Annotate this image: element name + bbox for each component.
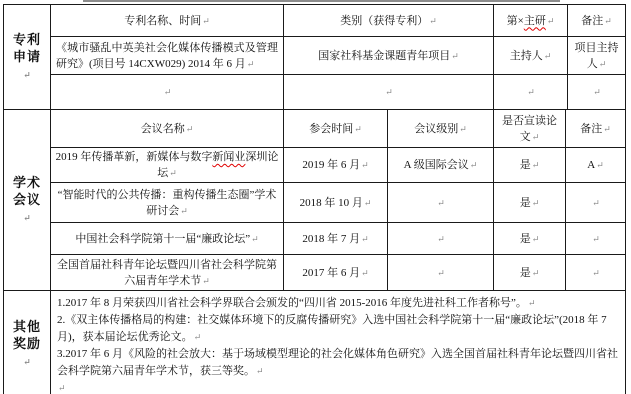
paragraph-mark: ↵ bbox=[364, 198, 372, 208]
paragraph-mark: ↵ bbox=[361, 160, 369, 170]
empty-cell: ↵ bbox=[51, 75, 284, 110]
conference-read-cell: 是↵ bbox=[494, 148, 566, 183]
cell-text: 中国社会科学院第十一届“廉政论坛” bbox=[75, 233, 250, 245]
cell-text: 项目主持人 bbox=[575, 42, 619, 70]
conference-name-cell: “智能时代的公共传播：重构传播生态圈”学术研讨会↵ bbox=[51, 183, 284, 223]
conference-header-note: 备注↵↵ bbox=[566, 110, 626, 148]
paragraph-mark: ↵ bbox=[186, 124, 194, 134]
cell-text: 主持人 bbox=[510, 50, 543, 62]
header-text: 备注 bbox=[581, 15, 603, 27]
award-item-text: 3.2017 年 6 月《风险的社会放大：基于场域模型理论的社会化媒体角色研究》… bbox=[57, 348, 618, 377]
paragraph-mark: ↵ bbox=[596, 160, 604, 170]
paragraph-mark: ↵ bbox=[202, 16, 210, 26]
conference-header-row: 学术会议↵ 会议名称↵ 参会时间↵ 会议级别↵ 是否宣读论文↵ 备注↵↵ bbox=[4, 110, 626, 148]
cell-text: 2017 年 6 月 bbox=[302, 267, 360, 279]
empty-paragraph: ↵ bbox=[57, 380, 619, 394]
conference-level-cell: ↵ bbox=[388, 255, 494, 291]
conference-header-level: 会议级别↵ bbox=[388, 110, 494, 148]
conference-section-label-text: 学术会议 bbox=[13, 175, 41, 207]
paragraph-mark: ↵ bbox=[361, 234, 369, 244]
awards-section-label: 其他奖励↵ bbox=[4, 291, 51, 394]
conference-time-cell: 2018 年 10 月↵ bbox=[284, 183, 388, 223]
header-text: 会议级别 bbox=[414, 123, 458, 135]
cell-text: 2019 年 6 月 bbox=[302, 159, 360, 171]
paragraph-mark: ↵ bbox=[256, 366, 264, 376]
cell-text: A bbox=[587, 159, 595, 171]
patent-note-cell: 项目主持人↵↵ bbox=[568, 37, 626, 75]
paragraph-mark: ↵ bbox=[459, 124, 467, 134]
conference-name-cell: 2019 年传播革新，新媒体与数字新闻业深圳论坛↵ bbox=[51, 148, 284, 183]
paragraph-mark: ↵ bbox=[532, 198, 540, 208]
header-text: 会议名称 bbox=[141, 123, 185, 135]
conference-row: 2019 年传播革新，新媒体与数字新闻业深圳论坛↵ 2019 年 6 月↵ A … bbox=[4, 148, 626, 183]
paragraph-mark: ↵ bbox=[194, 332, 202, 342]
cell-text: 是 bbox=[520, 267, 531, 279]
patent-header-role: 第×主研↵ bbox=[494, 5, 568, 37]
paragraph-mark: ↵ bbox=[164, 87, 172, 97]
conference-section-table: 学术会议↵ 会议名称↵ 参会时间↵ 会议级别↵ 是否宣读论文↵ 备注↵↵ 201… bbox=[3, 109, 626, 291]
spellcheck-flagged-text: 新闻业 bbox=[212, 151, 245, 163]
conference-row: 中国社会科学院第十一届“廉政论坛”↵ 2018 年 7 月↵ ↵ 是↵ ↵↵ bbox=[4, 223, 626, 255]
awards-content-cell: 1.2017 年 8 月荣获四川省社会科学界联合会颁发的“四川省 2015-20… bbox=[51, 291, 626, 394]
header-text: 专利名称、时间 bbox=[124, 15, 201, 27]
cell-text: 2019 年传播革新，新媒体与数字 bbox=[56, 151, 213, 163]
paragraph-mark: ↵ bbox=[385, 87, 393, 97]
conference-level-cell: ↵ bbox=[388, 223, 494, 255]
paragraph-mark: ↵ bbox=[528, 298, 536, 308]
header-text: 是否宣读论文 bbox=[502, 115, 557, 143]
conference-row: 全国首届社科青年论坛暨四川省社会科学院第六届青年学术节↵ 2017 年 6 月↵… bbox=[4, 255, 626, 291]
paragraph-mark: ↵ bbox=[527, 87, 535, 97]
paragraph-mark: ↵ bbox=[202, 276, 210, 286]
conference-header-read: 是否宣读论文↵ bbox=[494, 110, 566, 148]
cell-text: 是 bbox=[520, 233, 531, 245]
paragraph-mark: ↵ bbox=[532, 132, 540, 142]
paragraph-mark: ↵ bbox=[247, 59, 255, 69]
cell-text: A 级国际会议 bbox=[404, 159, 469, 171]
header-text: 第× bbox=[507, 15, 524, 27]
paragraph-mark: ↵ bbox=[180, 206, 188, 216]
paragraph-mark: ↵ bbox=[23, 70, 32, 80]
conference-header-name: 会议名称↵ bbox=[51, 110, 284, 148]
paragraph-mark: ↵ bbox=[169, 168, 177, 178]
paragraph-mark: ↵ bbox=[593, 87, 601, 97]
word-document-page: 专利申请↵ 专利名称、时间↵ 类别（获得专利）↵ 第×主研↵ 备注↵↵ 《城市骚… bbox=[0, 0, 631, 394]
conference-note-cell: A↵↵ bbox=[566, 148, 626, 183]
conference-row: “智能时代的公共传播：重构传播生态圈”学术研讨会↵ 2018 年 10 月↵ ↵… bbox=[4, 183, 626, 223]
paragraph-mark: ↵ bbox=[361, 268, 369, 278]
conference-time-cell: 2017 年 6 月↵ bbox=[284, 255, 388, 291]
cell-text: 是 bbox=[520, 197, 531, 209]
paragraph-mark: ↵ bbox=[532, 234, 540, 244]
cell-text: “智能时代的公共传播：重构传播生态圈”学术研讨会 bbox=[58, 189, 277, 217]
patent-header-note: 备注↵↵ bbox=[568, 5, 626, 37]
paragraph-mark: ↵ bbox=[592, 198, 600, 208]
patent-empty-row: ↵ ↵ ↵ ↵↵ bbox=[4, 75, 626, 110]
patent-data-row: 《城市骚乱中英美社会化媒体传播模式及管理研究》(项目号 14CXW029) 20… bbox=[4, 37, 626, 75]
award-item-text: 1.2017 年 8 月荣获四川省社会科学界联合会颁发的“四川省 2015-20… bbox=[57, 297, 527, 309]
paragraph-mark: ↵ bbox=[532, 268, 540, 278]
awards-section-label-text: 其他奖励 bbox=[13, 319, 41, 351]
conference-name-cell: 全国首届社科青年论坛暨四川省社会科学院第六届青年学术节↵ bbox=[51, 255, 284, 291]
patent-section-table: 专利申请↵ 专利名称、时间↵ 类别（获得专利）↵ 第×主研↵ 备注↵↵ 《城市骚… bbox=[3, 4, 626, 110]
paragraph-mark: ↵ bbox=[603, 124, 611, 134]
paragraph-mark: ↵ bbox=[592, 268, 600, 278]
paragraph-mark: ↵ bbox=[429, 16, 437, 26]
patent-header-category: 类别（获得专利）↵ bbox=[284, 5, 494, 37]
toolbar-edge-strip bbox=[83, 0, 560, 2]
patent-section-label-text: 专利申请 bbox=[13, 32, 41, 64]
empty-cell: ↵↵ bbox=[568, 75, 626, 110]
patent-category-cell: 国家社科基金课题青年项目↵ bbox=[284, 37, 494, 75]
resume-table: 专利申请↵ 专利名称、时间↵ 类别（获得专利）↵ 第×主研↵ 备注↵↵ 《城市骚… bbox=[3, 5, 625, 394]
patent-name-text: 《城市骚乱中英美社会化媒体传播模式及管理研究》(项目号 14CXW029) 20… bbox=[56, 42, 278, 70]
paragraph-mark: ↵ bbox=[437, 268, 445, 278]
conference-name-cell: 中国社会科学院第十一届“廉政论坛”↵ bbox=[51, 223, 284, 255]
awards-row: 其他奖励↵ 1.2017 年 8 月荣获四川省社会科学界联合会颁发的“四川省 2… bbox=[4, 291, 626, 394]
paragraph-mark: ↵ bbox=[437, 198, 445, 208]
conference-level-cell: A 级国际会议↵ bbox=[388, 148, 494, 183]
paragraph-mark: ↵ bbox=[532, 160, 540, 170]
paragraph-mark: ↵ bbox=[470, 160, 478, 170]
cell-text: 2018 年 10 月 bbox=[300, 197, 363, 209]
patent-role-cell: 主持人↵ bbox=[494, 37, 568, 75]
conference-read-cell: 是↵ bbox=[494, 183, 566, 223]
conference-time-cell: 2018 年 7 月↵ bbox=[284, 223, 388, 255]
header-text: 备注 bbox=[580, 123, 602, 135]
conference-note-cell: ↵↵ bbox=[566, 223, 626, 255]
paragraph-mark: ↵ bbox=[599, 59, 607, 69]
paragraph-mark: ↵ bbox=[23, 213, 32, 223]
conference-header-time: 参会时间↵ bbox=[284, 110, 388, 148]
conference-note-cell: ↵↵ bbox=[566, 255, 626, 291]
paragraph-mark: ↵ bbox=[23, 357, 32, 367]
paragraph-mark: ↵ bbox=[544, 51, 552, 61]
patent-header-name: 专利名称、时间↵ bbox=[51, 5, 284, 37]
conference-note-cell: ↵↵ bbox=[566, 183, 626, 223]
conference-section-label: 学术会议↵ bbox=[4, 110, 51, 291]
conference-read-cell: 是↵ bbox=[494, 223, 566, 255]
award-item: 1.2017 年 8 月荣获四川省社会科学界联合会颁发的“四川省 2015-20… bbox=[57, 295, 619, 312]
paragraph-mark: ↵ bbox=[451, 51, 459, 61]
patent-header-row: 专利申请↵ 专利名称、时间↵ 类别（获得专利）↵ 第×主研↵ 备注↵↵ bbox=[4, 5, 626, 37]
cell-text: 国家社科基金课题青年项目 bbox=[318, 50, 450, 62]
award-item-text: 2.《双主体传播格局的构建：社交媒体环境下的反腐传播研究》入选中国社会科学院第十… bbox=[57, 314, 607, 343]
empty-cell: ↵ bbox=[494, 75, 568, 110]
paragraph-mark: ↵ bbox=[437, 234, 445, 244]
paragraph-mark: ↵ bbox=[547, 16, 555, 26]
conference-level-cell: ↵ bbox=[388, 183, 494, 223]
patent-name-cell: 《城市骚乱中英美社会化媒体传播模式及管理研究》(项目号 14CXW029) 20… bbox=[51, 37, 284, 75]
award-item: 3.2017 年 6 月《风险的社会放大：基于场域模型理论的社会化媒体角色研究》… bbox=[57, 346, 619, 380]
awards-section-table: 其他奖励↵ 1.2017 年 8 月荣获四川省社会科学界联合会颁发的“四川省 2… bbox=[3, 290, 626, 394]
conference-time-cell: 2019 年 6 月↵ bbox=[284, 148, 388, 183]
cell-text: 全国首届社科青年论坛暨四川省社会科学院第六届青年学术节 bbox=[57, 259, 277, 287]
award-item: 2.《双主体传播格局的构建：社交媒体环境下的反腐传播研究》入选中国社会科学院第十… bbox=[57, 312, 619, 346]
paragraph-mark: ↵ bbox=[604, 16, 612, 26]
paragraph-mark: ↵ bbox=[251, 234, 259, 244]
header-text: 类别（获得专利） bbox=[340, 15, 428, 27]
paragraph-mark: ↵ bbox=[354, 124, 362, 134]
spellcheck-flagged-text: 主研 bbox=[524, 15, 546, 27]
cell-text: 是 bbox=[520, 159, 531, 171]
patent-section-label: 专利申请↵ bbox=[4, 5, 51, 110]
paragraph-mark: ↵ bbox=[592, 234, 600, 244]
header-text: 参会时间 bbox=[309, 123, 353, 135]
empty-cell: ↵ bbox=[284, 75, 494, 110]
cell-text: 2018 年 7 月 bbox=[302, 233, 360, 245]
conference-read-cell: 是↵ bbox=[494, 255, 566, 291]
paragraph-mark: ↵ bbox=[58, 383, 66, 393]
